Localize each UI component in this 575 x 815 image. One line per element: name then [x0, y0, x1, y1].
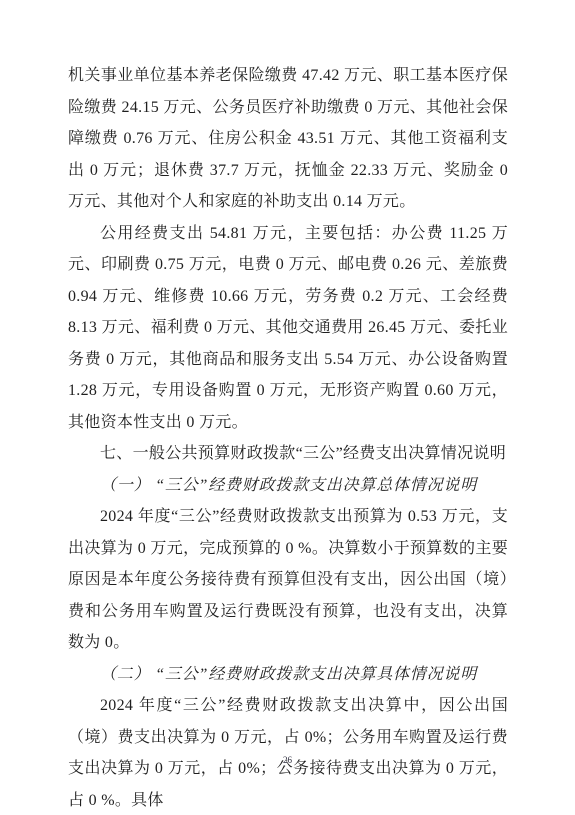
- paragraph-overall-situation-detail: 2024 年度“三公”经费财政拨款支出预算为 0.53 万元，支出决算为 0 万…: [68, 501, 508, 659]
- page-number: 26: [0, 753, 575, 767]
- heading-specific-situation: （二） “三公”经费财政拨款支出决算具体情况说明: [68, 659, 508, 691]
- document-body: 机关事业单位基本养老保险缴费 47.42 万元、职工基本医疗保险缴费 24.15…: [68, 60, 508, 815]
- document-page: 机关事业单位基本养老保险缴费 47.42 万元、职工基本医疗保险缴费 24.15…: [0, 0, 575, 815]
- paragraph-public-operating-expense: 公用经费支出 54.81 万元，主要包括：办公费 11.25 万元、印刷费 0.…: [68, 218, 508, 439]
- heading-overall-situation: （一） “三公”经费财政拨款支出决算总体情况说明: [68, 470, 508, 502]
- heading-section-seven-three-public-funds: 七、一般公共预算财政拨款“三公”经费支出决算情况说明: [68, 438, 508, 470]
- paragraph-personnel-benefit-expense: 机关事业单位基本养老保险缴费 47.42 万元、职工基本医疗保险缴费 24.15…: [68, 60, 508, 218]
